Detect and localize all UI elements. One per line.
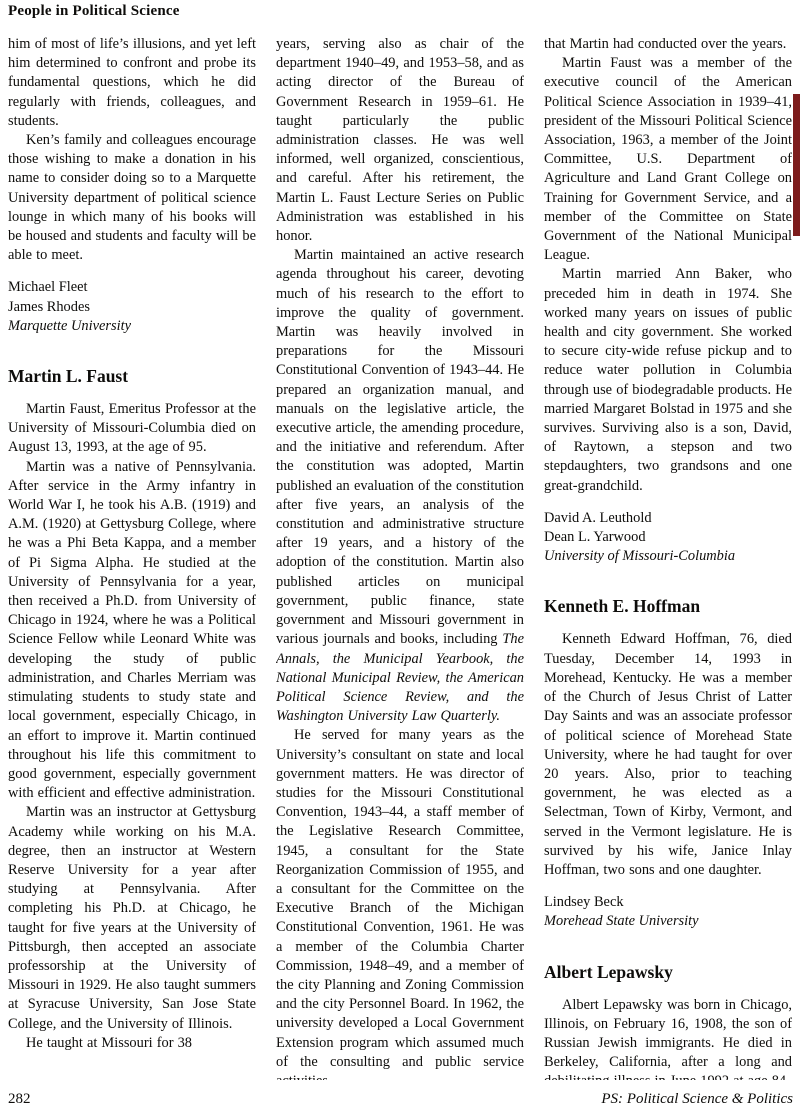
journal-page: People in Political Science him of most …	[0, 0, 800, 1080]
red-edge-marker	[793, 94, 800, 236]
signature-name: Lindsey Beck	[544, 893, 792, 912]
paragraph-text: Martin maintained an active research age…	[276, 247, 524, 647]
paragraph: Martin married Ann Baker, who preceded h…	[544, 265, 792, 495]
paragraph: Martin Faust was a member of the executi…	[544, 54, 792, 265]
signature-block: Michael FleetJames RhodesMarquette Unive…	[8, 278, 256, 336]
column-1: him of most of life’s illusions, and yet…	[8, 35, 256, 1080]
column-3: that Martin had conducted over the years…	[544, 35, 792, 1080]
signature-block: David A. LeutholdDean L. YarwoodUniversi…	[544, 509, 792, 567]
column-2: years, serving also as chair of the depa…	[276, 35, 524, 1080]
signature-affiliation: Morehead State University	[544, 912, 792, 931]
paragraph: Martin was an instructor at Gettysburg A…	[8, 803, 256, 1033]
running-head: People in Political Science	[8, 2, 793, 20]
footer-journal-title: PS: Political Science & Politics	[601, 1091, 793, 1108]
signature-affiliation: Marquette University	[8, 317, 256, 336]
paragraph: him of most of life’s illusions, and yet…	[8, 35, 256, 131]
signature-name: Michael Fleet	[8, 278, 256, 297]
obituary-columns: him of most of life’s illusions, and yet…	[8, 35, 793, 1080]
paragraph: He served for many years as the Universi…	[276, 726, 524, 1080]
paragraph: Martin maintained an active research age…	[276, 246, 524, 726]
paragraph: Ken’s family and colleagues encourage th…	[8, 131, 256, 265]
signature-name: James Rhodes	[8, 298, 256, 317]
paragraph: He taught at Missouri for 38	[8, 1034, 256, 1053]
obituary-heading: Martin L. Faust	[8, 366, 256, 387]
paragraph: years, serving also as chair of the depa…	[276, 35, 524, 246]
obituary-heading: Albert Lepawsky	[544, 962, 792, 983]
paragraph: Martin Faust, Emeritus Professor at the …	[8, 400, 256, 458]
signature-name: Dean L. Yarwood	[544, 528, 792, 547]
paragraph: Martin was a native of Pennsylvania. Aft…	[8, 458, 256, 804]
paragraph: that Martin had conducted over the years…	[544, 35, 792, 54]
footer-page-number: 282	[8, 1091, 31, 1108]
page-footer: 282 PS: Political Science & Politics	[8, 1091, 793, 1108]
signature-affiliation: University of Missouri-Columbia	[544, 547, 792, 566]
signature-block: Lindsey BeckMorehead State University	[544, 893, 792, 931]
signature-name: David A. Leuthold	[544, 509, 792, 528]
paragraph: Kenneth Edward Hoffman, 76, died Tuesday…	[544, 630, 792, 880]
paragraph: Albert Lepawsky was born in Chicago, Ill…	[544, 996, 792, 1080]
obituary-heading: Kenneth E. Hoffman	[544, 596, 792, 617]
